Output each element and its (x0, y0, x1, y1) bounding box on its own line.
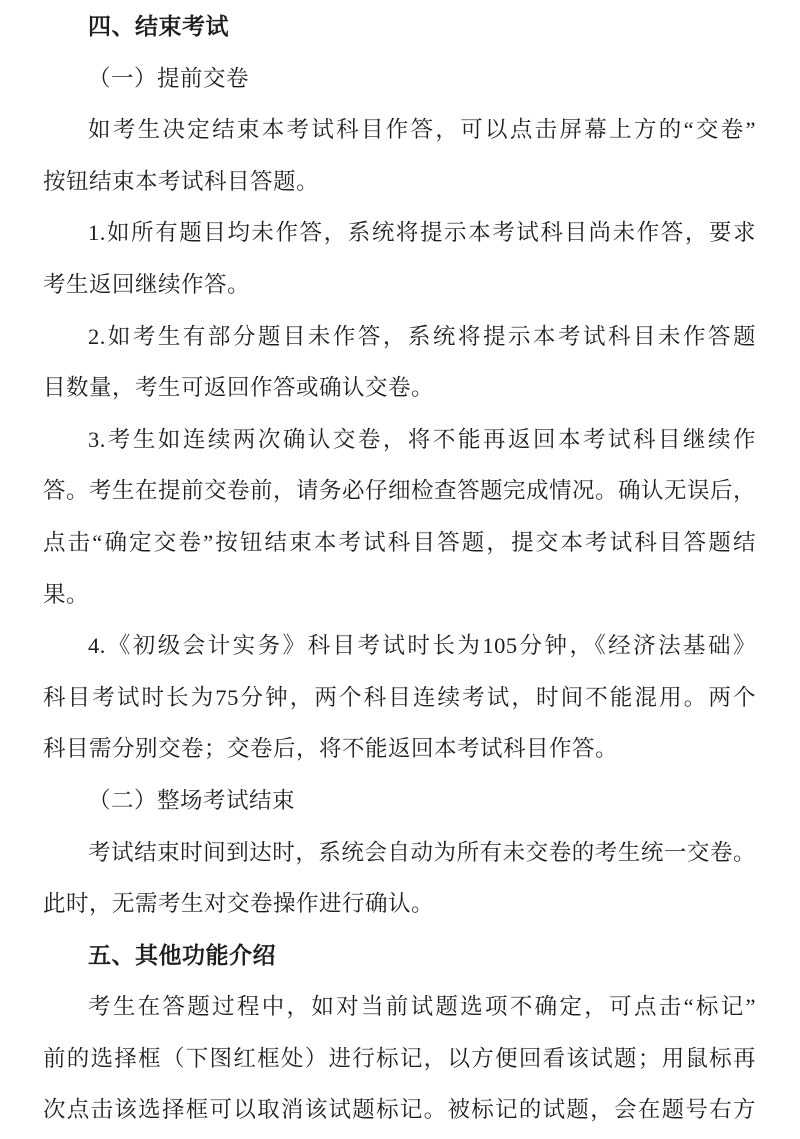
paragraph-line: 按钮结束本考试科目答题。 (43, 156, 756, 208)
heading-section-4: 四、结束考试 (43, 1, 756, 53)
subheading-4-1: （一）提前交卷 (43, 53, 756, 105)
paragraph-line: 次点击该选择框可以取消该试题标记。被标记的试题，会在题号右方 (43, 1084, 756, 1136)
paragraph-line: 2.如考生有部分题目未作答，系统将提示本考试科目未作答题 (43, 311, 756, 363)
paragraph-line: 科目考试时长为75分钟，两个科目连续考试，时间不能混用。两个 (43, 672, 756, 724)
paragraph-line: 4.《初级会计实务》科目考试时长为105分钟，《经济法基础》 (43, 620, 756, 672)
paragraph-line: 考生在答题过程中，如对当前试题选项不确定，可点击“标记” (43, 981, 756, 1033)
paragraph-line: 目数量，考生可返回作答或确认交卷。 (43, 362, 756, 414)
paragraph-line: 科目需分别交卷；交卷后，将不能返回本考试科目作答。 (43, 723, 756, 775)
paragraph-line: 果。 (43, 569, 756, 621)
paragraph-line: 点击“确定交卷”按钮结束本考试科目答题，提交本考试科目答题结 (43, 517, 756, 569)
paragraph-line: 前的选择框（下图红框处）进行标记，以方便回看该试题；用鼠标再 (43, 1033, 756, 1085)
document-content: 四、结束考试 （一）提前交卷 如考生决定结束本考试科目作答，可以点击屏幕上方的“… (0, 0, 800, 1136)
subheading-4-2: （二）整场考试结束 (43, 775, 756, 827)
document-page: 四、结束考试 （一）提前交卷 如考生决定结束本考试科目作答，可以点击屏幕上方的“… (0, 0, 800, 1139)
paragraph-line: 此时，无需考生对交卷操作进行确认。 (43, 878, 756, 930)
paragraph-line: 考试结束时间到达时，系统会自动为所有未交卷的考生统一交卷。 (43, 827, 756, 879)
paragraph-line: 1.如所有题目均未作答，系统将提示本考试科目尚未作答，要求 (43, 207, 756, 259)
paragraph-line: 答。考生在提前交卷前，请务必仔细检查答题完成情况。确认无误后， (43, 465, 756, 517)
paragraph-line: 3.考生如连续两次确认交卷，将不能再返回本考试科目继续作 (43, 414, 756, 466)
heading-section-5: 五、其他功能介绍 (43, 930, 756, 982)
paragraph-line: 考生返回继续作答。 (43, 259, 756, 311)
paragraph-line: 如考生决定结束本考试科目作答，可以点击屏幕上方的“交卷” (43, 104, 756, 156)
